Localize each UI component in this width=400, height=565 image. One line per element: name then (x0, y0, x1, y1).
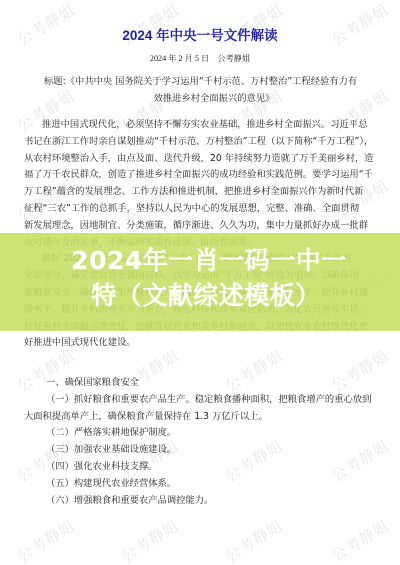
document-page: 公考静姐 公考静姐 公考静姐 公考静姐 公考静姐 公考静姐 公考静姐 公考静姐 … (0, 0, 400, 565)
list-item-continuation: 大面积提高单产上，确保粮食产量保持在 1.3 万亿斤以上。 (24, 409, 378, 426)
paragraph-line: 万工程”蕴含的发展理念、工作方法和推进机制，把推进乡村全面振兴作为新时代新 (24, 184, 378, 201)
paragraph-line: 书记在浙江工作时亲自谋划推动“千村示范、万村整治”工程（以下简称“千万工程”）， (24, 134, 378, 151)
watermark: 公考静姐 (327, 515, 392, 565)
paragraph-line: 推进中国式现代化，必须坚持不懈夯实农业基础，推进乡村全面振兴。习近平总 (24, 117, 378, 134)
list-item: （二）严格落实耕地保护制度。 (24, 425, 378, 442)
document-title: 2024 年中央一号文件解读 (0, 24, 400, 44)
section-heading: 一、确保国家粮食安全 (24, 375, 378, 392)
list-item: （六）增强粮食和重要农产品调控能力。 (24, 493, 378, 510)
document-subject: 标题:《中共中央 国务院关于学习运用“千村示范、万村整治”工程经验有力有 效推进… (44, 74, 384, 108)
list-item: （五）构建现代农业经营体系。 (24, 476, 378, 493)
list-item: （三）加强农业基础设施建设。 (24, 442, 378, 459)
subject-line: 标题:《中共中央 国务院关于学习运用“千村示范、万村整治”工程经验有力有 (44, 74, 384, 91)
banner-title-line-2: 特（文献综述模板） (0, 278, 400, 313)
watermark: 公考静姐 (117, 515, 182, 565)
paragraph-line: 福了万千农民群众，创造了推进乡村全面振兴的成功经验和实践范例。要学习运用“千 (24, 167, 378, 184)
paragraph-line: 征程“三农”工作的总抓手，坚持以人民为中心的发展思想，完整、准确、全面贯彻 (24, 201, 378, 218)
banner-title-line-1: 2024年一肖一码一中一 (0, 243, 400, 278)
watermark: 公考静姐 (221, 515, 286, 565)
document-date-author: 2024 年 2 月 5 日 公考静姐 (0, 53, 400, 64)
watermark: 公考静姐 (13, 515, 78, 565)
paragraph-line: 好推进中国式现代化建设。 (24, 335, 378, 352)
list-item: （一）抓好粮食和重要农产品生产。稳定粮食播种面积，把粮食增产的重心放到 (24, 392, 378, 409)
subject-line: 效推进乡村全面振兴的意见》 (44, 91, 384, 108)
overlay-banner-title: 2024年一肖一码一中一 特（文献综述模板） (0, 233, 400, 331)
list-item: （四）强化农业科技支撑。 (24, 459, 378, 476)
section-food-security: 一、确保国家粮食安全 （一）抓好粮食和重要农产品生产。稳定粮食播种面积，把粮食增… (24, 375, 378, 509)
paragraph-line: 从农村环境整治入手，由点及面、迭代升级，20 年持续努力造就了万千美丽乡村，造 (24, 151, 378, 168)
